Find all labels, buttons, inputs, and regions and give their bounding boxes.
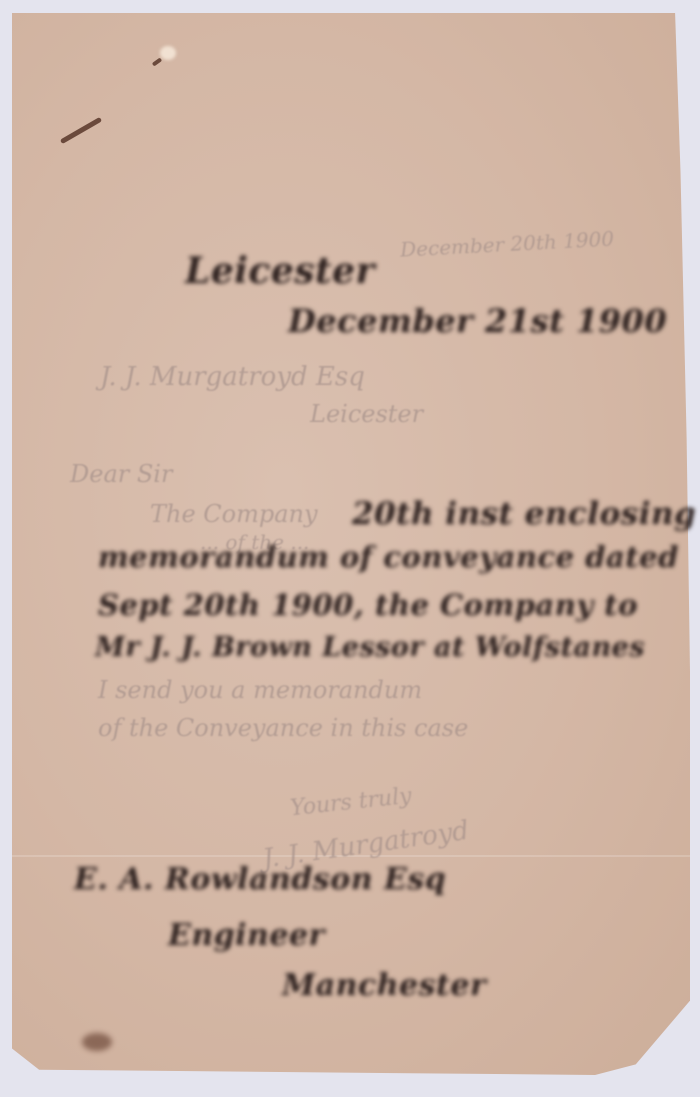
ink-addressee-title: Engineer: [168, 918, 325, 953]
ink-body-line-4: Mr J. J. Brown Lessor at Wolfstanes: [95, 632, 645, 663]
pencil-recipient: J. J. Murgatroyd Esq: [100, 362, 365, 392]
ink-stain: [82, 1033, 112, 1051]
pencil-body-line-4: of the Conveyance in this case: [98, 714, 468, 742]
ink-body-line-3: Sept 20th 1900, the Company to: [98, 588, 638, 622]
pinhole-mark: [160, 46, 176, 60]
pencil-recipient-city: Leicester: [310, 400, 423, 428]
ink-date: December 21st 1900: [288, 302, 667, 340]
pencil-body-line-1: The Company: [150, 500, 318, 528]
ink-addressee-name: E. A. Rowlandson Esq: [74, 862, 446, 897]
pencil-salutation: Dear Sir: [70, 460, 172, 488]
ink-body-line-2: memorandum of conveyance dated: [98, 540, 679, 574]
ink-addressee-city: Manchester: [282, 968, 486, 1003]
pencil-body-line-3: I send you a memorandum: [98, 676, 422, 704]
ink-body-line-1: 20th inst enclosing: [352, 496, 696, 532]
ink-place: Leicester: [185, 250, 375, 292]
